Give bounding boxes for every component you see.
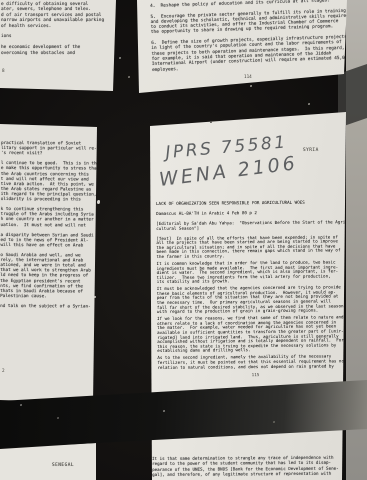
article-paragraph: It is common knowledge that in order for… xyxy=(157,260,353,285)
page-number: 115 xyxy=(158,372,354,379)
dust-speck xyxy=(273,421,275,423)
film-tear-speck xyxy=(97,200,100,204)
dust-speck xyxy=(57,417,59,419)
page-number-fragment: 2 xyxy=(2,369,5,374)
article-paragraph: If we look for the reasons, we find that… xyxy=(157,316,353,354)
dust-speck xyxy=(94,296,96,298)
scan-background: e difficulty of obtaining several ater, … xyxy=(0,0,367,480)
dust-speck xyxy=(163,410,165,412)
handwritten-annotation: JPRS 75581 WENA 2106 xyxy=(150,122,320,207)
country-label: SYRIA xyxy=(303,148,319,153)
dust-speck xyxy=(210,121,212,123)
page-number: 114 xyxy=(244,75,252,80)
article-title: LACK OF ORGANIZATION SEEN RESPONSIBLE FO… xyxy=(156,200,352,206)
article-paragraph: As to the second ingredient, namely the … xyxy=(157,355,353,370)
dust-speck xyxy=(119,57,121,59)
dust-speck xyxy=(20,404,22,406)
byline: [Editorial by Sa'dah Abu Yahya: "Observa… xyxy=(156,220,352,231)
page-number-fragment: 8 xyxy=(2,69,5,74)
article-paragraph: [Text] In spite of all the efforts that … xyxy=(156,235,352,260)
dust-speck xyxy=(128,76,130,78)
dust-speck xyxy=(250,85,252,87)
page-text: 4. Reshape the policy of education and i… xyxy=(150,0,350,73)
fragment-text: e difficulty of obtaining several ater, … xyxy=(1,2,104,56)
bottom-page-fragment-text: It is that same determination to strangl… xyxy=(152,455,339,478)
fragment-text: practical translation of Soviet litary s… xyxy=(0,141,99,310)
country-label-senegal: SENEGAL xyxy=(52,463,74,468)
source-line: Damascus AL-BA'TH in Arabic 4 Feb 80 p 2 xyxy=(156,210,352,216)
article: LACK OF ORGANIZATION SEEN RESPONSIBLE FO… xyxy=(156,200,354,379)
article-paragraph: It must be acknowledged that the agencie… xyxy=(157,286,353,315)
dust-speck xyxy=(308,103,310,105)
